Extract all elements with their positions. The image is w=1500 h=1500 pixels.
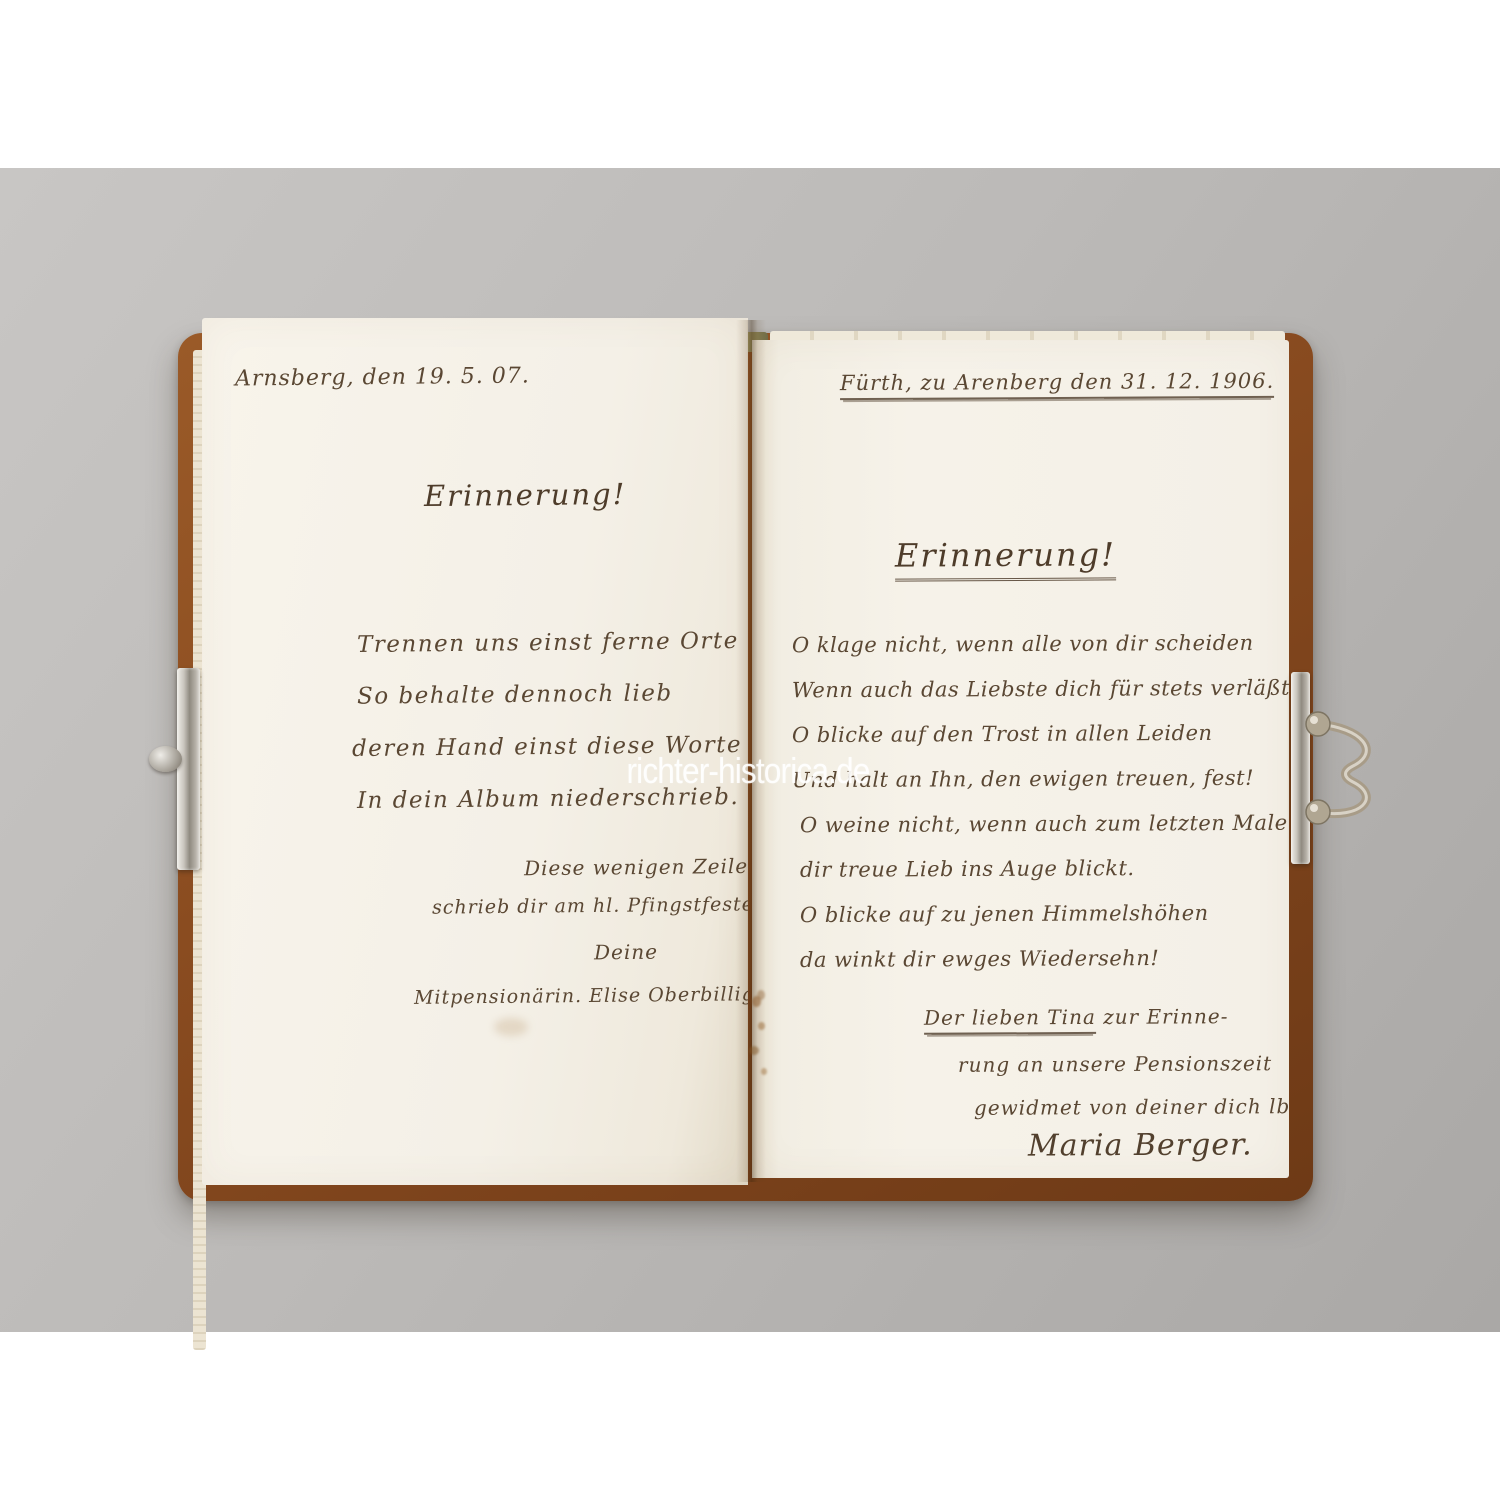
stain <box>494 1018 528 1036</box>
photo-area: Arnsberg, den 19. 5. 07. Erinnerung! Tre… <box>0 168 1500 1332</box>
right-poem-line: O blicke auf den Trost in allen Leiden <box>792 721 1213 747</box>
wire-ball-bottom-highlight <box>1310 804 1318 812</box>
photo-frame: Arnsberg, den 19. 5. 07. Erinnerung! Tre… <box>0 0 1500 1500</box>
left-closing-line: schrieb dir am hl. Pfingstfeste <box>432 893 748 918</box>
dedication-line: Der lieben Tina zur Erinne- <box>924 1004 1229 1030</box>
left-page-date: Arnsberg, den 19. 5. 07. <box>235 363 530 391</box>
wire-highlight <box>1317 724 1366 814</box>
dedication-line: rung an unsere Pensionszeit <box>958 1051 1272 1077</box>
right-poem-line: O blicke auf zu jenen Himmelshöhen <box>800 901 1209 927</box>
watermark: richter-historica.de <box>607 750 889 792</box>
stain <box>757 990 765 1000</box>
left-page-signature: Mitpensionärin. Elise Oberbillig. <box>414 983 748 1009</box>
right-poem-line: dir treue Lieb ins Auge blickt. <box>800 856 1135 882</box>
wire-ball-top <box>1306 712 1330 736</box>
right-page-date: Fürth, zu Arenberg den 31. 12. 1906. <box>840 369 1274 400</box>
dedication-rest: zur Erinne- <box>1096 1004 1229 1029</box>
left-closing-line: Diese wenigen Zeilen <box>524 854 748 880</box>
right-poem-line: O weine nicht, wenn auch zum letzten Mal… <box>800 811 1288 838</box>
wire-ball-bottom <box>1306 800 1330 824</box>
right-poem-line: da winkt dir ewges Wiedersehn! <box>800 946 1159 972</box>
right-poem-line: O klage nicht, wenn alle von dir scheide… <box>792 631 1254 657</box>
right-poem-line: Wenn auch das Liebste dich für stets ver… <box>792 676 1289 703</box>
left-page-heading: Erinnerung! <box>424 477 627 513</box>
clasp-right-wire-icon <box>1301 708 1401 828</box>
wire-ball-top-highlight <box>1310 716 1318 724</box>
clasp-left-bar <box>177 668 200 870</box>
left-poem-line: So behalte dennoch lieb <box>357 680 673 709</box>
right-page-signature: Maria Berger. <box>1028 1127 1253 1163</box>
right-page-heading: Erinnerung! <box>895 535 1116 581</box>
left-closing-line: Deine <box>594 940 658 965</box>
clasp-left-knob <box>149 746 182 772</box>
dedication-underlined: Der lieben Tina <box>924 1005 1096 1035</box>
dedication-line: gewidmet von deiner dich lb. <box>974 1094 1289 1120</box>
left-poem-line: Trennen uns einst ferne Orte <box>357 628 739 658</box>
